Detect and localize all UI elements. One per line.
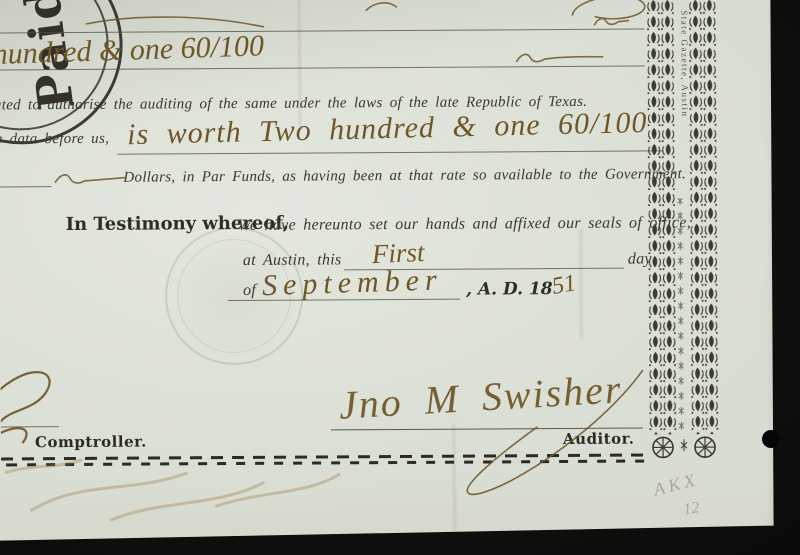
dashed-border-rule [1, 453, 649, 466]
border-middle-motifs [677, 198, 690, 434]
auditor-signature: Jno M Swisher [338, 369, 624, 426]
ink-showthrough [31, 473, 186, 510]
border-right-column [688, 0, 719, 434]
worth-line-value: is worth Two hundred & one 60/100 [127, 108, 648, 150]
of-word: of [243, 282, 256, 300]
month-value: September [262, 265, 443, 301]
ink-showthrough [111, 483, 263, 520]
border-corner-rosettes [653, 437, 715, 457]
testimony-body: We have hereunto set our hands and affix… [238, 214, 691, 235]
paper-crease [453, 425, 456, 540]
top-edge-stroke [366, 3, 396, 10]
year-handwritten: 51 [550, 271, 578, 299]
tilde-mark [55, 175, 124, 184]
year-printed: , A. D. 18 [466, 279, 553, 300]
amount-fragment: hundred & one 60/100 [0, 31, 264, 70]
paper-crease [580, 229, 583, 339]
par-funds-line: Dollars, in Par Funds, as having been at… [123, 166, 686, 186]
border-left-column [646, 0, 677, 434]
comptroller-signature-flourish [0, 372, 50, 426]
ruled-line [117, 150, 663, 154]
top-oval-stroke [572, 0, 645, 19]
document-content: Paid hundred & one 60/100 cated to autho… [0, 0, 800, 555]
ruled-line [1, 426, 59, 427]
auditor-label: Auditor. [563, 430, 635, 448]
ruled-line [0, 186, 51, 187]
photo-background: Paid hundred & one 60/100 cated to autho… [0, 0, 800, 555]
tilde-mark [594, 18, 628, 24]
tilde-mark [517, 54, 603, 62]
ink-showthrough [216, 474, 339, 506]
border-imprint-text: State Gazette, Austin [674, 10, 690, 200]
worth-line-prefix: le data before us, [0, 131, 109, 149]
pencil-note-line1: AKX [651, 469, 701, 501]
document-paper: Paid hundred & one 60/100 cated to autho… [0, 0, 800, 555]
paper-edge-notch [762, 430, 780, 448]
pencil-note-line2: 12 [682, 499, 700, 519]
comptroller-label: Comptroller. [35, 433, 147, 452]
comptroller-signature-flourish [0, 428, 27, 442]
